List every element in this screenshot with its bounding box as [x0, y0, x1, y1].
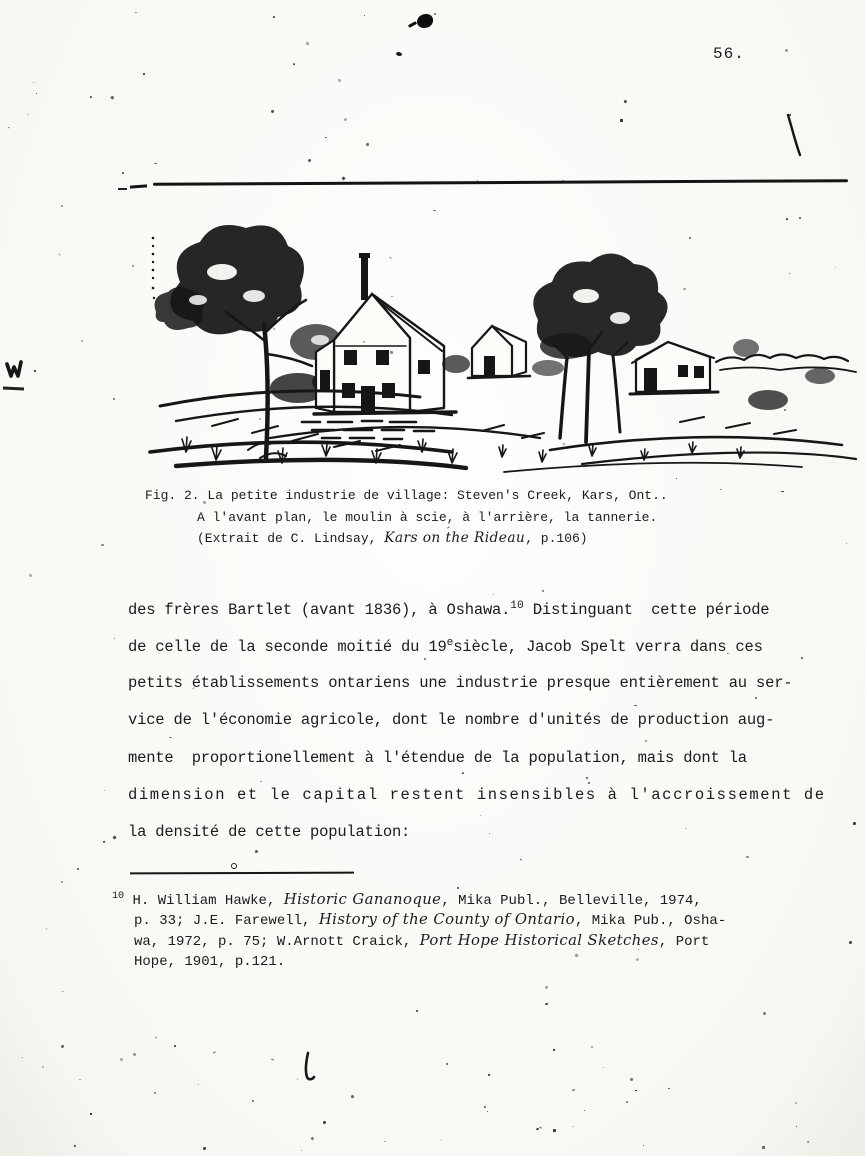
- ink-speck: [42, 1065, 45, 1068]
- body-line-7: la densité de cette population:: [128, 825, 826, 862]
- scanned-document-page: 56.: [0, 0, 865, 1156]
- ink-speck: [305, 41, 308, 44]
- tannery: [630, 342, 718, 394]
- ink-speck: [366, 142, 370, 146]
- ink-speck: [61, 881, 63, 883]
- ink-speck: [153, 1092, 156, 1095]
- ink-speck: [587, 782, 589, 784]
- ink-speck: [424, 657, 426, 659]
- village-illustration: [120, 200, 865, 480]
- ink-speck: [260, 780, 262, 782]
- ink-speck: [801, 657, 803, 659]
- left-tree: [155, 225, 313, 458]
- ink-speck: [492, 594, 493, 595]
- horizon-scrub: [716, 339, 856, 410]
- ink-speck: [213, 1052, 216, 1054]
- book-title-2: History of the County of Ontario: [319, 911, 575, 928]
- ink-speck: [434, 13, 436, 15]
- ink-speck: [363, 15, 364, 16]
- ink-speck: [584, 1110, 585, 1111]
- footnote-ref: 10: [510, 600, 523, 612]
- ink-speck: [154, 163, 157, 164]
- ink-speck: [101, 544, 104, 546]
- body-line-6: dimension et le capital restent insensib…: [128, 788, 826, 825]
- ink-speck: [487, 1074, 489, 1076]
- ink-speck-large: [396, 51, 403, 56]
- ink-speck: [60, 205, 62, 207]
- ink-speck: [252, 1099, 254, 1101]
- ink-speck: [635, 1090, 637, 1091]
- ink-speck: [301, 1150, 302, 1151]
- body-text: des frères Bartlet (avant 1836), à Oshaw…: [128, 601, 826, 863]
- caption-line-2: A l'avant plan, le moulin à scie, à l'ar…: [145, 511, 668, 533]
- ink-speck: [544, 985, 548, 989]
- ink-speck: [553, 1049, 555, 1051]
- footnote-line-3: wa, 1972, p. 75; W.Arnott Craick, Port H…: [112, 934, 726, 955]
- ink-speck: [626, 1101, 628, 1103]
- ink-speck: [325, 137, 327, 138]
- ink-speck: [133, 1053, 136, 1056]
- ink-speck: [61, 1044, 65, 1048]
- ink-speck: [553, 1129, 557, 1133]
- ink-speck: [103, 841, 105, 843]
- sawmill-house: [314, 294, 456, 414]
- ink-speck: [807, 1141, 809, 1143]
- footnote-line-4: Hope, 1901, p.121.: [112, 955, 726, 976]
- footnote-line-2: p. 33; J.E. Farewell, History of the Cou…: [112, 913, 726, 934]
- figure-rule-dash: [130, 184, 147, 188]
- ink-speck: [143, 72, 146, 75]
- ink-speck: [383, 1140, 385, 1141]
- ink-speck: [58, 254, 61, 257]
- ink-speck: [293, 63, 296, 66]
- book-title-1: Historic Gananoque: [284, 891, 442, 908]
- ink-blot-tail: [408, 21, 417, 28]
- ink-speck: [343, 117, 347, 121]
- ink-speck: [79, 1079, 81, 1080]
- ink-speck: [720, 489, 722, 490]
- ink-speck: [763, 1012, 767, 1016]
- ink-speck: [416, 1010, 418, 1012]
- ink-speck: [296, 1079, 298, 1081]
- ink-speck: [572, 1126, 574, 1127]
- ink-speck: [440, 1138, 442, 1140]
- ink-speck: [457, 887, 460, 890]
- figure-top-rule: [153, 179, 848, 186]
- body-line-3: petits établissements ontariens une indu…: [128, 676, 826, 713]
- caption-line-3: (Extrait de C. Lindsay, Kars on the Ride…: [145, 532, 668, 554]
- footnote: 10 H. William Hawke, Historic Gananoque,…: [112, 892, 726, 976]
- ink-speck: [848, 941, 852, 945]
- ink-speck: [271, 1058, 274, 1060]
- ink-speck: [33, 82, 34, 83]
- cottage: [468, 326, 530, 378]
- ink-speck: [785, 48, 789, 52]
- ink-speck: [174, 1045, 176, 1047]
- dotted-edge: [152, 237, 156, 300]
- ink-speck: [35, 93, 36, 94]
- water-dashes: [302, 421, 434, 439]
- caption-line-1: Fig. 2. La petite industrie de village: …: [145, 489, 668, 511]
- ink-speck: [483, 1105, 486, 1108]
- ink-speck: [61, 991, 63, 992]
- ink-speck: [134, 12, 137, 14]
- ink-speck: [619, 119, 622, 122]
- ink-speck: [853, 822, 856, 825]
- margin-check-mark: [4, 357, 24, 381]
- ink-speck: [76, 867, 79, 870]
- ink-speck: [689, 237, 691, 239]
- ink-speck: [630, 1078, 634, 1082]
- ink-speck: [603, 1066, 604, 1067]
- ink-speck: [29, 573, 32, 576]
- ink-speck: [27, 113, 29, 115]
- ink-speck: [795, 1126, 796, 1127]
- ink-speck: [81, 340, 84, 343]
- ink-speck: [119, 1057, 123, 1061]
- ink-speck: [684, 827, 686, 829]
- ink-speck: [536, 1128, 539, 1130]
- ink-speck: [643, 1145, 644, 1146]
- body-line-2: de celle de la seconde moitié du 19esièc…: [128, 638, 826, 675]
- pen-stroke-bottom: [299, 1051, 317, 1085]
- ink-speck: [351, 1094, 355, 1098]
- ink-blot-top: [417, 14, 433, 28]
- ink-speck: [198, 1083, 200, 1085]
- smokestack: [359, 253, 370, 300]
- ink-speck: [623, 99, 627, 103]
- page-number: 56.: [713, 46, 745, 62]
- ink-speck: [445, 1063, 448, 1066]
- ink-speck: [310, 1137, 314, 1141]
- ink-speck: [338, 79, 341, 82]
- footnote-line-1: 10 H. William Hawke, Historic Gananoque,…: [112, 892, 726, 913]
- ink-speck: [203, 1147, 206, 1150]
- body-line-5: mente proportionellement à l'étendue de …: [128, 751, 826, 788]
- ink-speck: [487, 1111, 488, 1112]
- ink-speck: [545, 1002, 549, 1005]
- body-line-1: des frères Bartlet (avant 1836), à Oshaw…: [128, 601, 826, 638]
- ink-speck: [73, 1145, 75, 1147]
- ink-speck: [638, 949, 639, 950]
- ink-speck: [794, 1102, 797, 1105]
- ink-speck: [122, 172, 125, 175]
- ink-speck: [89, 96, 91, 98]
- ink-speck: [194, 654, 195, 655]
- ink-speck: [22, 1057, 24, 1059]
- right-trees: [533, 253, 667, 442]
- ink-speck: [341, 177, 345, 181]
- ink-speck: [762, 1146, 765, 1149]
- ink-speck: [591, 1045, 593, 1047]
- ink-speck: [90, 1113, 92, 1115]
- figure-caption: Fig. 2. La petite industrie de village: …: [145, 489, 668, 554]
- ink-speck: [110, 95, 113, 98]
- body-line-4: vice de l'économie agricole, dont le nom…: [128, 713, 826, 750]
- degree-mark: [231, 863, 237, 869]
- ink-speck: [322, 1121, 326, 1125]
- ink-speck: [846, 543, 847, 544]
- ink-speck: [308, 159, 312, 163]
- ink-speck: [271, 110, 275, 114]
- ink-speck: [668, 1088, 670, 1089]
- figure-rule-dash2: [118, 188, 127, 190]
- footnote-number: 10: [112, 891, 124, 902]
- caption-book-title: Kars on the Rideau: [384, 530, 525, 546]
- ink-speck: [112, 835, 116, 839]
- ink-speck: [33, 369, 35, 371]
- ink-speck: [114, 637, 116, 639]
- pen-stroke-right: [784, 112, 806, 160]
- ink-speck: [542, 590, 544, 592]
- ink-speck: [113, 398, 116, 401]
- ink-speck: [273, 15, 276, 18]
- ink-speck: [781, 491, 784, 492]
- margin-dash-mark: [3, 386, 24, 390]
- footnote-rule: [130, 872, 354, 875]
- ink-speck: [155, 1037, 157, 1039]
- ink-speck: [8, 126, 10, 127]
- ink-speck: [46, 928, 47, 929]
- ink-speck: [104, 790, 105, 791]
- book-title-3: Port Hope Historical Sketches: [420, 932, 659, 949]
- ink-speck: [572, 1088, 576, 1091]
